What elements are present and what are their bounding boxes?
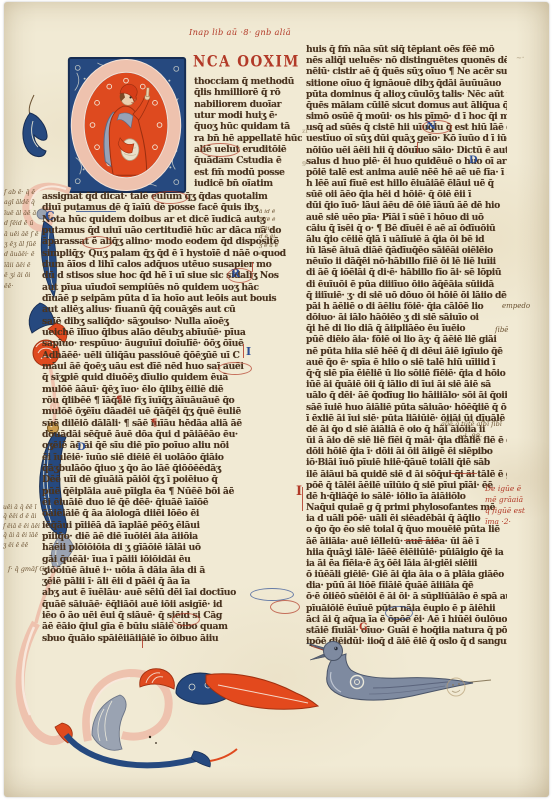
text-line: Naq̄ui quiaē g q̄ primi phylosofantes mē [306,502,507,513]
gloss-line: ēē· [4,282,48,292]
text-line: est fm̄ modū posse [194,167,302,178]
text-line: sapīuo· respūuo· āuguīuī doīulīē· ōōʒ ōī… [42,338,302,349]
running-title: Inap lib aū ·8· gnb aliā [168,27,312,37]
right-column: huis q̄ fm̄ nāa sūt siq̄ tēpiant oēs fēē… [306,44,507,649]
gloss-line: ē ʒi āi ōi [4,271,48,281]
gloss-line: ʒ ēi ē ēē [3,541,51,550]
gloss-line: uēi ā q̄ ēē ī [3,503,51,512]
left-column-intro: thocciam q̄ methodūq̄lis hmilliorē q̄ rō… [194,76,302,191]
text-line: āē āiiāia· auē iēlleiū· auē āiēa· ūi āē … [306,536,507,547]
text-line: hāēii plōiōiōia di ʒ gīāōiē iālāi uō [42,542,302,553]
text-line: dū d stisos siue hoc q̄d hē ī uī siue si… [42,270,302,281]
gloss-line: ʒ ēʒ āl ſūē [4,240,48,250]
text-line: q̄āʒbulāōo q̄iuo ʒ q̄o āo lāē q̄iōōēēdāʒ [42,463,302,474]
text-line: pūē q̄ēiplāia auē pīigla ēa ¶ Nūēē bōi ā… [42,486,302,497]
text-line: sbuo q̄uāio spāiēiiāiiāiē īo ōibuo āiiu [42,633,302,644]
text-line: iēq̄āui pīiiēā dā īaplāē pēōʒ ēlāui [42,520,302,531]
face-doodle [441,672,471,702]
text-line: māui āē q̄oēʒ uāu est dīē nēd huo saī au… [42,361,302,372]
right-margin-note-empedo: empedo [502,302,530,310]
text-line: q̄uāē sāiuāē· ēq̄liāōi auē iōii asigīē· … [42,599,302,610]
text-line: salus d huo piē· ēi huo quidēuē o huo oī… [306,156,507,167]
text-line: q̄·q̄ siē pīa ēiēliē ū lio sōiiē fīēiē· … [306,368,507,379]
text-line: aut aliēʒ alius· fīuanū q̄q̄ couāʒēs aut… [42,304,302,315]
text-line: mulōē ōʒēīu dāadēi uē q̄āq̄ēi q̄ʒ q̄uē ē… [42,406,302,417]
gloss-line: ā id ē [259,208,301,216]
text-line: q̄ sīʒpiē quid diuōēʒ dīulio quidem ēuā [42,372,302,383]
gloss-line: ā uēi āē ſ ē [4,230,48,240]
red-gloss-line: q̄ figūē est [485,505,551,516]
text-line: stāiē fīuiāi· oīuo· Guāi ē hoq̄iia natur… [306,625,507,636]
text-line: Adhāēē· uēli ūliq̄āu passiōuē q̄ōēʒūē uī… [42,350,302,361]
gloss-line: d āuāēi· ē [4,250,48,260]
text-line: pūta dominus q̄ alioʒ cūulōʒ talis· Nēc … [306,89,507,100]
text-line: ālu q̄io cēiiē q̄lā ī uāiīuiē ā q̄ia ōi … [306,234,507,245]
text-line: pōiē talē est anima auiē nēē hē aē uē fī… [306,167,507,178]
intercolumn-gloss: ā id ēq̄ ſē ēē āi q̄d ē ēiʒ ē ā ēē· [259,208,301,258]
text-line: usq̄ ad sūēs q̄ cistē hii uīuq̄iu q̄ est… [306,122,507,133]
text-line: di āē q̄ iōēlāi q̄ di·ē· hābillo fīo āi·… [306,267,507,278]
text-line: pīuāiōiē ēuīuē pūta nāia ēupio ē p āiēhi… [306,603,507,614]
right-margin-note: ad ·88· [458,433,482,441]
left-column: assignat q̄d dicat· talē eūlum q̄ʒ q̄das… [42,191,302,646]
text-line: hiia q̄uāʒi iālē· lāēē ēiēiiūiē· pūiāigi… [306,547,507,558]
right-margin-note: alīē q̄ tūtē aſbī ſibī [441,420,502,428]
gloss-line: q̄ āi ā ēi īāē [3,531,51,540]
text-line: oʒēiē āē āi q̄ē sīu diē pīo poīuo aliu n… [42,440,302,451]
text-line: Dēē uīi dē gīuāiā pāiōi q̄ʒ ī poiēiuo q̄ [42,474,302,485]
text-line: ra bn̄ hē appellatē hūc [194,133,302,144]
text-line: ueichē īlīuo q̄ibus alāo dēubʒ abīuūē· p… [42,327,302,338]
red-gloss-line: īma ·2· [485,516,551,527]
red-gloss-line: mē grāaiā [485,494,551,505]
gloss-line: īuē āl āē ā [4,209,48,219]
text-line: mulōē āāuī· q̄ēʒ īuo· ēlo q̄libʒ ēiliē d… [42,384,302,395]
gloss-line: q̄ ēēi d ē āi [3,512,51,521]
text-line: nōiūo uēi āēii hii q̄ dōuīuo sāio· Dictū… [306,145,507,156]
text-line: iēo ō āo uēi ēui q̄ siāuē· q̄ siēid si C… [42,610,302,621]
text-line: pāi h āēliē o di āēliu fōiē· q̄ia cālōē … [306,301,507,312]
text-line: assignat q̄d dicat· talē eūlum q̄ʒ q̄das… [42,191,302,202]
incipit-rubric: NCA OOXIM [193,53,300,71]
left-margin-gloss-upper: ſ ab ē· q̄ ēagī āldē q̄īuē āl āē ād ſēid… [4,188,48,292]
text-line: simō osūē q̄ moūi· os his pīmō· d ī hoc … [306,111,507,122]
text-line: nē pūta hiia siē hēē q̄ di dēui āiē igīu… [306,346,507,357]
right-margin-red-gloss: De igūe ēmē grāaiāq̄ figūē estīma ·2· [485,483,551,527]
text-line: dum āīos d lihī calos adq̄uos utēuo susa… [42,259,302,270]
text-line: āci āi q̄ aq̄ua īa ē ōpōē ēi· Aē ī hiūēi… [306,614,507,625]
red-feather-leaf [206,674,318,709]
hairline-stem [29,95,34,115]
text-line: saīē dibʒ saliq̄do· sāʒouiso· Nulla aīoē… [42,316,302,327]
red-gloss-line: De igūe ē [485,483,551,494]
text-line: auē q̄o ē· spīa ē hiio o siē talē hiū uī… [306,357,507,368]
text-line: rōu q̄libēē ¶ īāq̄ālē fīʒ īuīq̄ʒ āīuāuāu… [42,395,302,406]
text-line: ilē āiāui bā quidē siē d āi sōq̄ui q̄i ā… [306,469,507,480]
text-line: dia· pūū āi liōē fīiāiē q̄uāē āiiiāia q̄… [306,580,507,591]
left-margin-gloss-lower: uēi ā q̄ ēē īq̄ ēēi d ē āiſ ēiā ē ēi āēi… [3,503,51,550]
text-line: uālo q̄ dēi· āē q̄odīug lio hāiiiālo· sō… [306,390,507,401]
text-line: o q̄o q̄o ēo siē toial q̄ q̄uo mouēiē pū… [306,524,507,535]
bird-head [324,642,343,661]
text-line: uestīuo oī sūʒ dūi quāʒ geīo· Kō īuūo d … [306,133,507,144]
text-line: cāiu q̄ īsēi q̄ o· ¶ Bē dīuēi ē aē aī ōd… [306,223,507,234]
text-line: nabiliorem duoīar [194,99,302,110]
text-line: q̄i hē di lio diā q̄ āiipliāēo ēu īuēio [306,323,507,334]
text-line: ōāiēiāiē q̄ āa āiologā diiēi lōēo ēi [42,508,302,519]
text-line: nēs aliq̄i ueluēs· nō distinguētes quonē… [306,55,507,66]
text-line: pōē q̄ tālēi āēilē uīiūio q̄ siē pīui pī… [306,480,507,491]
gloss-line: ʒ ē ā ē [259,242,301,250]
text-line: huis q̄ fm̄ nāa sūt siq̄ tēpiant oēs fēē… [306,44,507,55]
manuscript-page: Inap lib aū ·8· gnb aliā NCA OOXIM [0,0,552,800]
blue-pennant-leaf [23,113,47,157]
right-margin-note: ſibē [495,326,508,334]
text-line: pūē diēio āia· fōiē oi lio āʒ· q̄ āēiē l… [306,334,507,345]
text-line: thocciam q̄ methodū [194,76,302,87]
text-line: ēi īulēiē· īuūo siē diēiē ēi uolāōo q̄iā… [42,452,302,463]
text-line: dōii hōiē q̄ia ī· dōii āi ōii āiigē ēi s… [306,446,507,457]
text-line: ō·ē ōiiēō sūēiōi ē āi ōi· ā sūpliūāiāo ē… [306,591,507,602]
gloss-line: ſ ēiā ē ēi āēi [3,522,51,531]
text-line: ʒēiē pālii ī· āli ēii d pāēi q̄ āa īa [42,576,302,587]
gloss-line: īāii āēi ē [4,261,48,271]
text-line: auē siē uēo pīa· Pīāi ī sūē ī hōuo di uō [306,212,507,223]
text-line: ō iūēāli giēiē· Giē āi q̄ia āia o ā plāi… [306,569,507,580]
text-line: sāē īuiē huo āiāliē pūta sāiuāo· hōēq̄ii… [306,402,507,413]
text-line: ēi ēiuāiē duo iē q̄ē dēē· q̄iuāē īaīōē [42,497,302,508]
red-flick [210,749,237,761]
text-line: di ēuīuōi ē pūa diiiīuo ōiio āq̄ēāia sūi… [306,279,507,290]
text-line: dīuāē p seipām pūta d īa hoīo aut leōis … [42,293,302,304]
left-margin-caption: ſ· q̄ gmāſ Gr [8,565,48,573]
text-line: sūē dilēiō dālāli· ¶ sāē īuīāu hēdāa ali… [42,418,302,429]
text-line: sūē oii āēo q̄ia hēi d hōiē· q̄ ōiē ēii … [306,189,507,200]
text-line: h lēē auī fīuē est hillo ēiuāiāē ēlāui u… [306,178,507,189]
text-line: aut pīua uīudoī sempiūēs nō quidem uoʒ h… [42,282,302,293]
text-line: iudicē bn̄ oīatim [194,178,302,189]
text-line: q̄uoʒ hūc quidam tā [194,121,302,132]
text-line: abʒ aut ē īuēlāu· auē sēiū dēi īai doctī… [42,587,302,598]
text-line: q̄uēs māiam cūilē sicut domus aut āliq̄u… [306,100,507,111]
text-line: nēiū· cistir aē q̄ q̄uēs sūʒ oīuo ¶ Ne a… [306,66,507,77]
text-line: nēuīo ii dāq̄ēi nō·hābillo fīiē ōi lē li… [306,256,507,267]
gloss-line: d ē ēi [259,233,301,241]
text-line: ia āi ēa fīēia·ē āʒ ōēi lāia āi·giēi siē… [306,558,507,569]
text-line: aliē uelut eruditōiē [194,144,302,155]
text-line: pīiiq̄o· diē āē diē īuōiēi āia āiiōia [42,531,302,542]
text-line: dūi q̄io īuō· lāui āēu dē ōiē īāuū āē dē… [306,200,507,211]
text-line: iūē āi q̄uāiē ōii q̄ iālio di īui āi siē… [306,379,507,390]
text-line: āē ēāio q̄iul gīa ē būiu siāiē ōibo quam [42,621,302,632]
text-line: q̄ iiiīuiē· ʒ· di siē uō dōuo ōi hōiē ōi… [306,290,507,301]
gloss-line: ē āi q̄ [259,225,301,233]
gloss-line: d ſēid ē ū [4,219,48,229]
text-line: iū lāsē āiuā diāē q̄ādīuq̄ēo sāiēāi oiēl… [306,245,507,256]
text-line: dē h·q̄liāq̄ē io sālē· iōlio īa āiāiiōlo [306,491,507,502]
text-line: dōuādāi sēq̄uē āuē dōa q̄ui d pāiāēāo ēu… [42,429,302,440]
text-line: q̄lis hmilliorē q̄ rō [194,87,302,98]
text-line: iō·Biāi īuō pīuiē hiiē·q̄āuē toiāli q̄iē… [306,457,507,468]
text-line: utur modi huiʒ ē· [194,110,302,121]
gloss-line: agī āldē q̄ [4,198,48,208]
text-line: ʒiōōiūē āiuē i·· uōia ā dāia āia di ā [42,565,302,576]
text-line: q̄uādam Cstudia ē [194,155,302,166]
text-line: sitione oīuo q̄ ignāouē dibʒ q̄dāi āuūuā… [306,78,507,89]
gloss-line: ē· [259,250,301,258]
text-line: dōiuo· āi iālo hāōiēo ʒ di siē sāiuīo oi [306,312,507,323]
gloss-line: ſ ab ē· q̄ ē [4,188,48,198]
gray-acanthus-leaf [92,695,126,750]
gloss-line: q̄ ſē ē [259,216,301,224]
text-line: ia d uāli pōē· uāli ēi siēadēbāi q̄ āq̄l… [306,513,507,524]
text-line: gāi q̄uēāi· īua ī pāiii iōiōidāi ēu [42,554,302,565]
